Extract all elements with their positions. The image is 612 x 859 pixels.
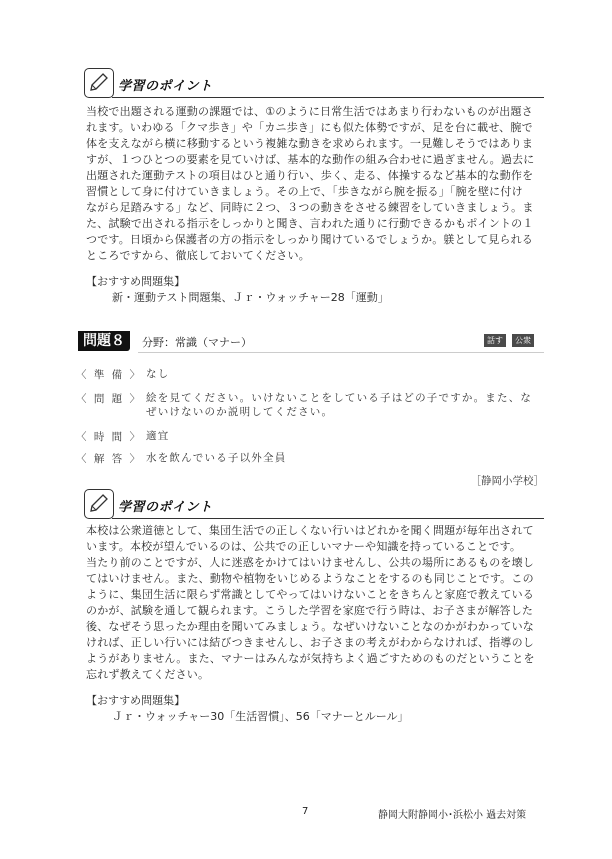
header-rule (112, 518, 544, 519)
text-line: ところですから、徹底しておいてください。 (86, 248, 544, 264)
text-line: 体を支えながら横に移動するという複雑な動きを求められます。一見難しそうではありま (86, 136, 544, 152)
question-number: 問題８ (78, 331, 130, 351)
text-line: ければ、正しい行いには結びつきませんし、お子さまの考えがわからなければ、指導のし (86, 635, 544, 651)
footer-title: 静岡大附静岡小･浜松小 過去対策 (378, 806, 526, 821)
question-header: 問題８ 分野：常識（マナー） 話す 公衆 (78, 331, 544, 353)
qa-label: 〈 問 題 〉 (76, 391, 140, 406)
badge-speak: 話す (484, 334, 506, 347)
qa-text: 水を飲んでいる子以外全員 (146, 451, 541, 465)
qa-label: 〈 解 答 〉 (76, 451, 140, 466)
pencil-icon (84, 489, 114, 519)
text-line: 習慣として身に付けていきましょう。その上で、「歩きながら腕を振る」「腕を壁に付け (86, 184, 544, 200)
recommended-books-label: 【おすすめ問題集】 (86, 692, 185, 708)
qa-text: なし (146, 367, 541, 381)
question-rule (138, 352, 544, 353)
page-number: 7 (302, 806, 308, 817)
learning-point-header: 学習のポイント (84, 68, 544, 98)
qa-label: 〈 準 備 〉 (76, 367, 140, 382)
school-name: ［静岡小学校］ (471, 473, 545, 488)
learning-point-body: 本校は公衆道徳として、集団生活での正しくない行いはどれかを聞く問題が毎年出されて… (86, 523, 544, 683)
text-line: 出題された運動テストの項目はひと通り行い、歩く、走る、体操するなど基本的な動作を (86, 168, 544, 184)
text-line: 後、なぜそう思ったか理由を聞いてみましょう。なぜいけないことなのかがわかっていな (86, 619, 544, 635)
text-line: 当校で出題される運動の課題では、①のように日常生活ではあまり行わないものが出題さ (86, 104, 544, 120)
text-line: れます。いわゆる「クマ歩き」や「カニ歩き」にも似た体勢ですが、足を台に載せ、腕で (86, 120, 544, 136)
learning-point-header: 学習のポイント (84, 489, 544, 519)
text-line: 本校は公衆道徳として、集団生活での正しくない行いはどれかを聞く問題が毎年出されて (86, 523, 544, 539)
qa-text: 絵を見てください。いけないことをしている子はどの子ですか。また、なぜいけないのか… (146, 391, 541, 419)
badge-public: 公衆 (512, 334, 534, 347)
learning-point-title: 学習のポイント (118, 75, 213, 94)
pencil-icon (84, 68, 114, 98)
learning-point-body: 当校で出題される運動の課題では、①のように日常生活ではあまり行わないものが出題さ… (86, 104, 544, 264)
recommended-books-label: 【おすすめ問題集】 (86, 273, 185, 289)
text-line: ようがありません。また、マナーはみんなが気持ちよく過ごすためのものだということを (86, 651, 544, 667)
text-line: ように、集団生活に限らず常識としてやってはいけないことをきちんと家庭で教えている (86, 587, 544, 603)
learning-point-title: 学習のポイント (118, 496, 213, 515)
text-line: のかが、試験を通して観られます。こうした学習を家庭で行う時は、お子さまが解答した (86, 603, 544, 619)
qa-label: 〈 時 間 〉 (76, 429, 140, 444)
text-line: います。本校が望んでいるのは、公共での正しいマナーや知識を持っていることです。 (86, 539, 544, 555)
text-line: 忘れず教えてください。 (86, 667, 544, 683)
recommended-books: 新・運動テスト問題集、Ｊｒ・ウォッチャー28「運動」 (112, 289, 389, 305)
recommended-books: Ｊｒ・ウォッチャー30「生活習慣」、56「マナーとルール」 (112, 708, 409, 724)
text-line: た、試験で出される指示をしっかりと聞き、言われた通りに行動できるかもポイントの１ (86, 216, 544, 232)
question-field: 分野：常識（マナー） (142, 334, 252, 350)
text-line: ながら足踏みする」など、同時に２つ、３つの動きをさせる練習をしていきましょう。ま (86, 200, 544, 216)
qa-text: 適宜 (146, 429, 541, 443)
text-line: すが、１つひとつの要素を見ていけば、基本的な動作の組み合わせに過ぎません。過去に (86, 152, 544, 168)
text-line: てはいけません。また、動物や植物をいじめるようなことをするのも同じことです。この (86, 571, 544, 587)
text-line: つです。日頃から保護者の方の指示をしっかり聞けているでしょうか。躾として見られる (86, 232, 544, 248)
header-rule (112, 97, 544, 98)
text-line: 当たり前のことですが、人に迷惑をかけてはいけませんし、公共の場所にあるものを壊し (86, 555, 544, 571)
